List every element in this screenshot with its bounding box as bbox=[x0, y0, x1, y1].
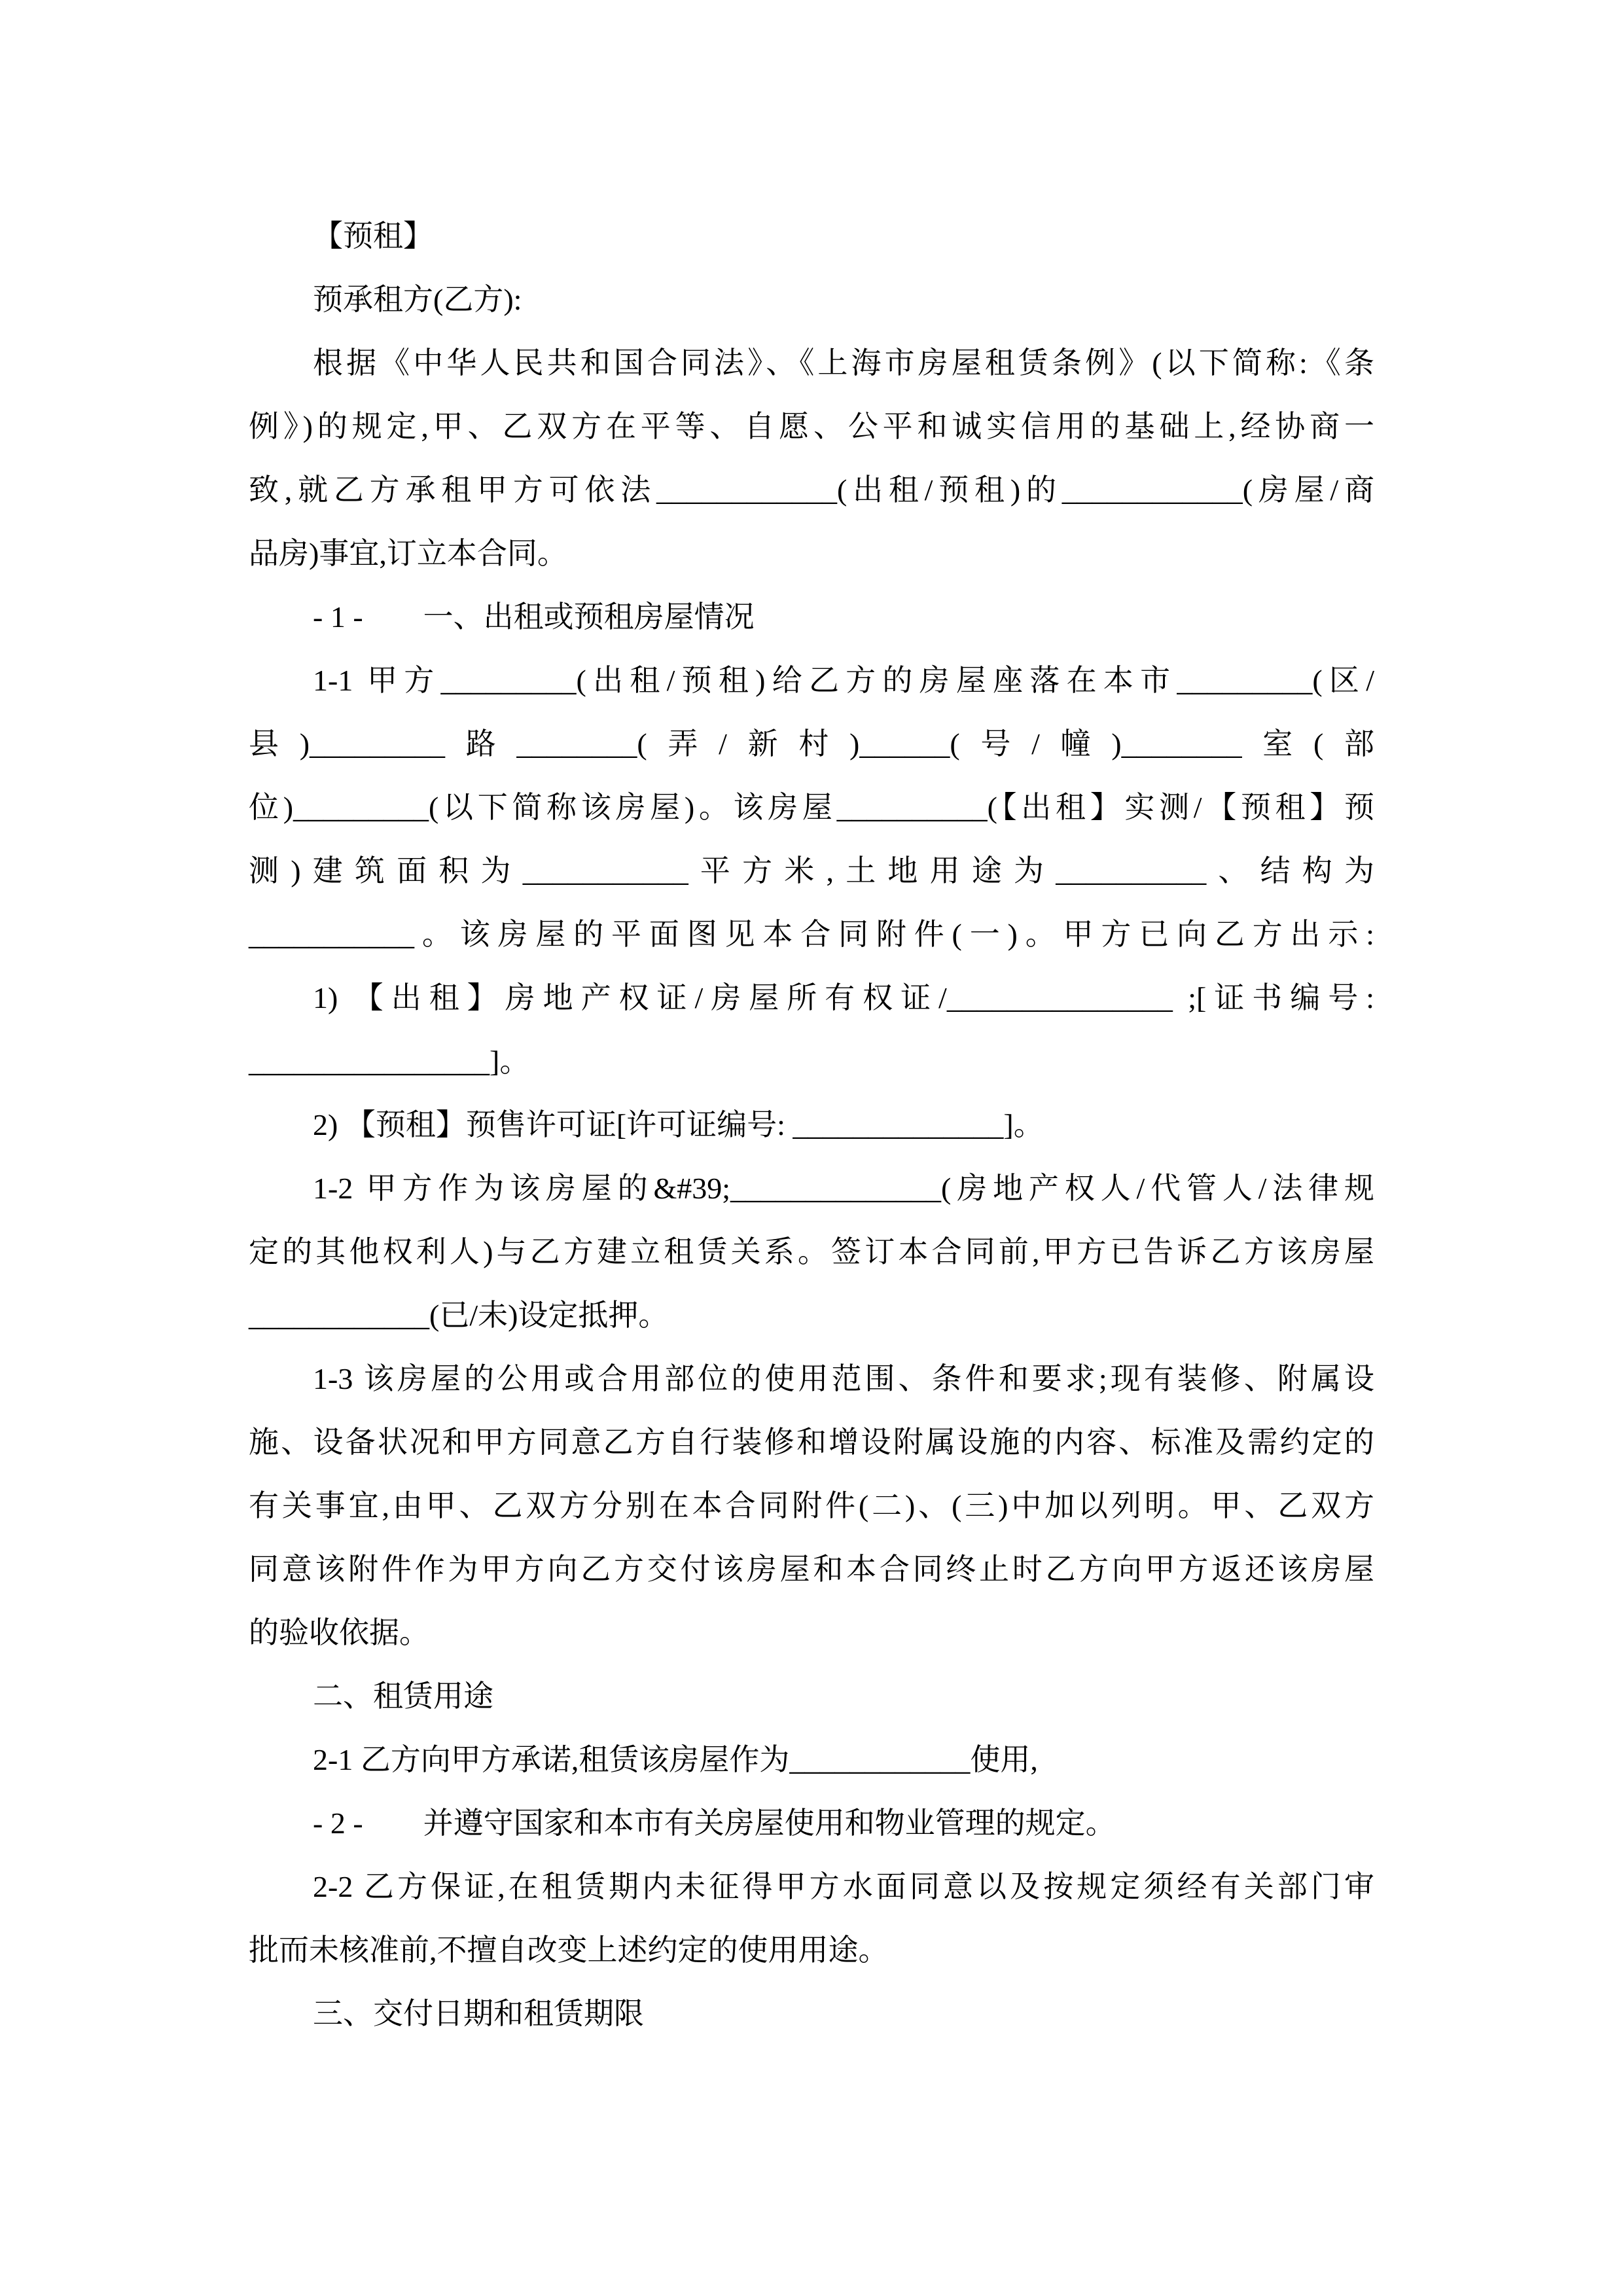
text-line: ____________(已/未)设定抵押。 bbox=[249, 1283, 1374, 1347]
text-line: 品房)事宜,订立本合同。 bbox=[249, 522, 1374, 585]
text-line: 1-1 甲方_________(出租/预租)给乙方的房屋座落在本市_______… bbox=[249, 649, 1374, 712]
text-line: 2) 【预租】预售许可证[许可证编号: ______________]。 bbox=[249, 1093, 1374, 1157]
text-line: 2-1 乙方向甲方承诺,租赁该房屋作为____________使用, bbox=[249, 1728, 1374, 1791]
text-line: 二、租赁用途 bbox=[249, 1664, 1374, 1728]
text-line: - 1 - 一、出租或预租房屋情况 bbox=[249, 585, 1374, 649]
contract-page: 【预租】预承租方(乙方):根据《中华人民共和国合同法》、《上海市房屋租赁条例》(… bbox=[0, 0, 1623, 2296]
text-line: 致,就乙方承租甲方可依法____________(出租/预租)的________… bbox=[249, 458, 1374, 522]
text-line: 的验收依据。 bbox=[249, 1601, 1374, 1664]
text-line: 1) 【出租】房地产权证/房屋所有权证/_______________ ;[证书… bbox=[249, 966, 1374, 1030]
text-line: - 2 - 并遵守国家和本市有关房屋使用和物业管理的规定。 bbox=[249, 1791, 1374, 1855]
text-line: 有关事宜,由甲、乙双方分别在本合同附件(二)、(三)中加以列明。甲、乙双方 bbox=[249, 1474, 1374, 1537]
text-line: ________________]。 bbox=[249, 1030, 1374, 1093]
text-line: 例》)的规定,甲、乙双方在平等、自愿、公平和诚实信用的基础上,经协商一 bbox=[249, 395, 1374, 458]
text-line: 根据《中华人民共和国合同法》、《上海市房屋租赁条例》(以下简称:《条 bbox=[249, 331, 1374, 395]
text-line: 三、交付日期和租赁期限 bbox=[249, 1982, 1374, 2045]
text-line: 批而未核准前,不擅自改变上述约定的使用用途。 bbox=[249, 1918, 1374, 1982]
text-line: 定的其他权利人)与乙方建立租赁关系。签订本合同前,甲方已告诉乙方该房屋 bbox=[249, 1220, 1374, 1283]
text-line: 施、设备状况和甲方同意乙方自行装修和增设附属设施的内容、标准及需约定的 bbox=[249, 1410, 1374, 1474]
text-line: ___________。该房屋的平面图见本合同附件(一)。甲方已向乙方出示: bbox=[249, 903, 1374, 966]
text-line: 预承租方(乙方): bbox=[249, 268, 1374, 331]
text-line: 1-3 该房屋的公用或合用部位的使用范围、条件和要求;现有装修、附属设 bbox=[249, 1347, 1374, 1410]
text-line: 同意该附件作为甲方向乙方交付该房屋和本合同终止时乙方向甲方返还该房屋 bbox=[249, 1537, 1374, 1601]
text-line: 2-2 乙方保证,在租赁期内未征得甲方水面同意以及按规定须经有关部门审 bbox=[249, 1855, 1374, 1918]
text-line: 县)_________路________(弄/新村)______(号/幢)___… bbox=[249, 712, 1374, 776]
text-line: 位)_________(以下简称该房屋)。该房屋__________(【出租】实… bbox=[249, 776, 1374, 839]
text-line: 测)建筑面积为___________平方米,土地用途为__________、结构… bbox=[249, 839, 1374, 903]
text-line: 1-2 甲方作为该房屋的&#39;______________(房地产权人/代管… bbox=[249, 1157, 1374, 1220]
contract-document: 【预租】预承租方(乙方):根据《中华人民共和国合同法》、《上海市房屋租赁条例》(… bbox=[249, 204, 1374, 2045]
text-line: 【预租】 bbox=[249, 204, 1374, 268]
